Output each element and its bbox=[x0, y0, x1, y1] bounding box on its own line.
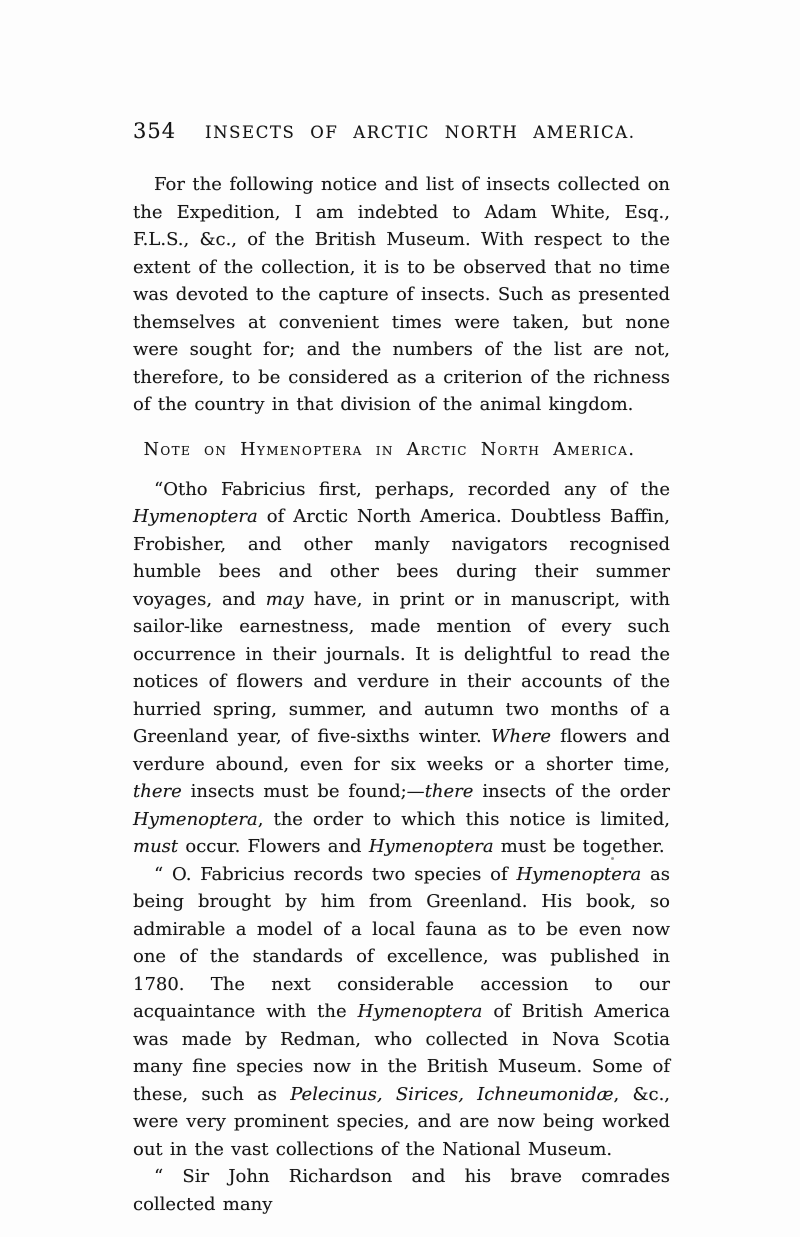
italic-text-run: Hymenoptera bbox=[133, 506, 258, 527]
italic-text-run: Where bbox=[491, 726, 551, 747]
italic-text-run: Hymenoptera bbox=[133, 809, 258, 830]
italic-text-run: there bbox=[425, 781, 474, 802]
scan-speck bbox=[611, 857, 614, 860]
running-title: INSECTS OF ARCTIC NORTH AMERICA. bbox=[205, 123, 636, 142]
italic-text-run: there bbox=[133, 781, 182, 802]
page-number: 354 bbox=[133, 119, 176, 143]
text-run: must be together. bbox=[494, 836, 665, 857]
text-run: insects of the order bbox=[473, 781, 670, 802]
text-run: have, in print or in manuscript, with sa… bbox=[133, 589, 670, 748]
paragraph-introduction: For the following notice and list of ins… bbox=[133, 171, 670, 419]
text-run: “Otho Fabricius first, perhaps, recorded… bbox=[154, 479, 670, 500]
italic-text-run: Hymenoptera bbox=[369, 836, 494, 857]
paragraph-otho-fabricius: “Otho Fabricius first, perhaps, recorded… bbox=[133, 476, 670, 861]
text-run: “ Sir John Richardson and his brave comr… bbox=[133, 1166, 670, 1215]
text-run: , the order to which this notice is limi… bbox=[258, 809, 670, 830]
section-heading: Note on Hymenoptera in Arctic North Amer… bbox=[121, 440, 658, 460]
text-run: For the following notice and list of ins… bbox=[133, 174, 670, 415]
text-run: as being brought by him from Greenland. … bbox=[133, 864, 670, 1023]
italic-text-run: may bbox=[266, 589, 304, 610]
running-head: 354 INSECTS OF ARCTIC NORTH AMERICA. bbox=[133, 119, 670, 145]
paragraph-sir-john-richardson: “ Sir John Richardson and his brave comr… bbox=[133, 1163, 670, 1218]
italic-text-run: must bbox=[133, 836, 178, 857]
paragraph-o-fabricius-records: “ O. Fabricius records two species of Hy… bbox=[133, 861, 670, 1164]
text-run: occur. Flowers and bbox=[178, 836, 369, 857]
italic-text-run: Hymenoptera bbox=[358, 1001, 483, 1022]
italic-text-run: Hymenoptera bbox=[516, 864, 641, 885]
text-run: insects must be found;— bbox=[182, 781, 425, 802]
book-page: 354 INSECTS OF ARCTIC NORTH AMERICA. For… bbox=[0, 0, 800, 1237]
italic-text-run: Pelecinus, Sirices, Ichneumonidæ bbox=[290, 1084, 613, 1105]
text-block: 354 INSECTS OF ARCTIC NORTH AMERICA. For… bbox=[133, 119, 670, 1218]
text-run: “ O. Fabricius records two species of bbox=[154, 864, 516, 885]
